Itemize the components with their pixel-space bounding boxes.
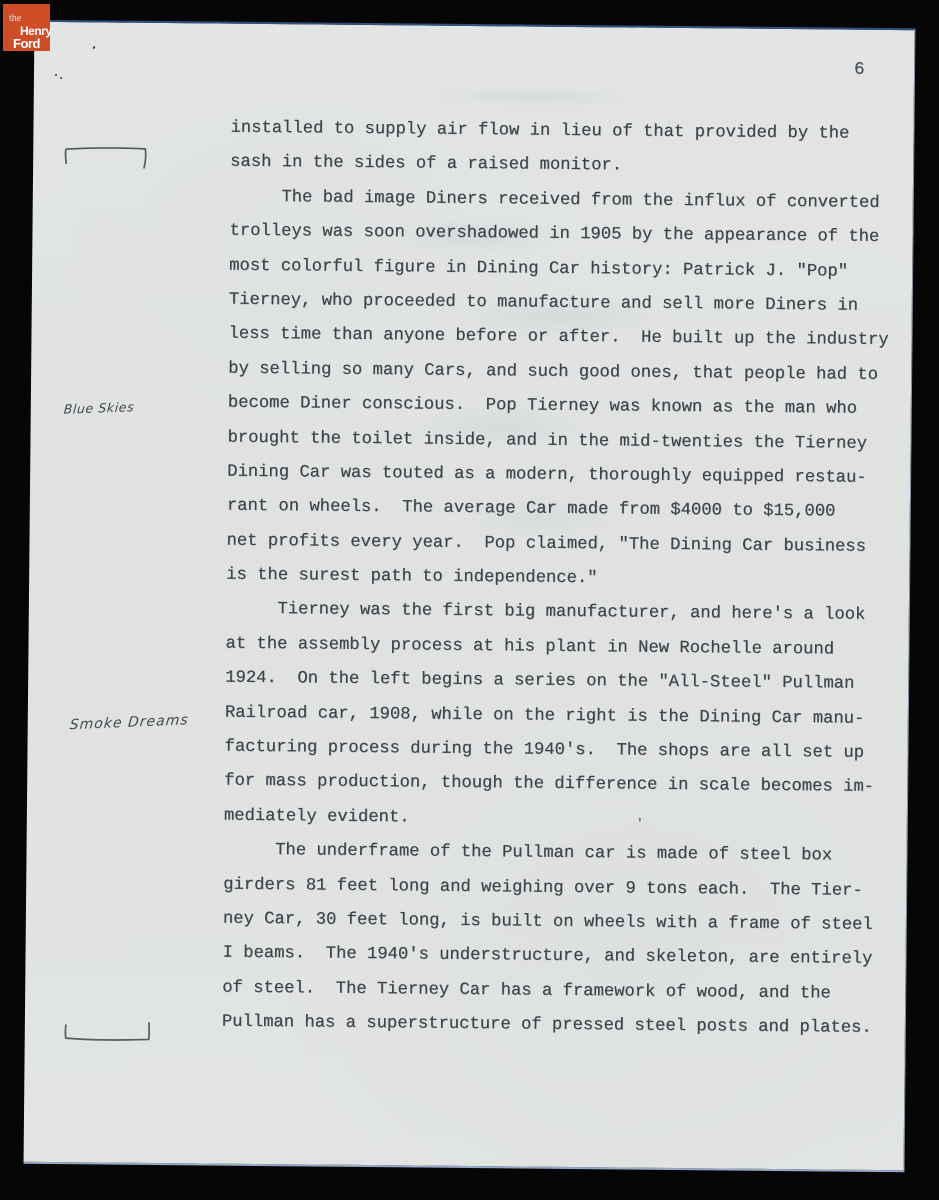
margin-note-smoke-dreams: Smoke Dreams xyxy=(69,712,189,733)
margin-note-blue-skies: Blue Skies xyxy=(63,399,135,416)
henry-ford-logo: the Henry Ford xyxy=(3,4,50,51)
page-number: 6 xyxy=(854,60,865,80)
ink-speck xyxy=(639,818,641,822)
typed-line: Pullman has a superstructure of pressed … xyxy=(222,1006,906,1047)
ink-speck xyxy=(55,74,57,76)
logo-text-ford: Ford xyxy=(13,36,40,51)
top-margin-bracket xyxy=(61,118,162,175)
logo-text-the: the xyxy=(9,13,21,24)
typed-body-text: installed to supply air flow in lieu of … xyxy=(222,112,915,1047)
bottom-margin-bracket xyxy=(62,1008,162,1045)
typed-line: become Diner conscious. Pop Tierney was … xyxy=(228,387,912,428)
scanner-background: { "logo": { "the": "the", "henry": "Henr… xyxy=(0,0,939,1200)
ink-speck xyxy=(60,77,62,79)
document-page: 6 Blue Skies Smoke Dreams installed to s… xyxy=(24,20,916,1172)
